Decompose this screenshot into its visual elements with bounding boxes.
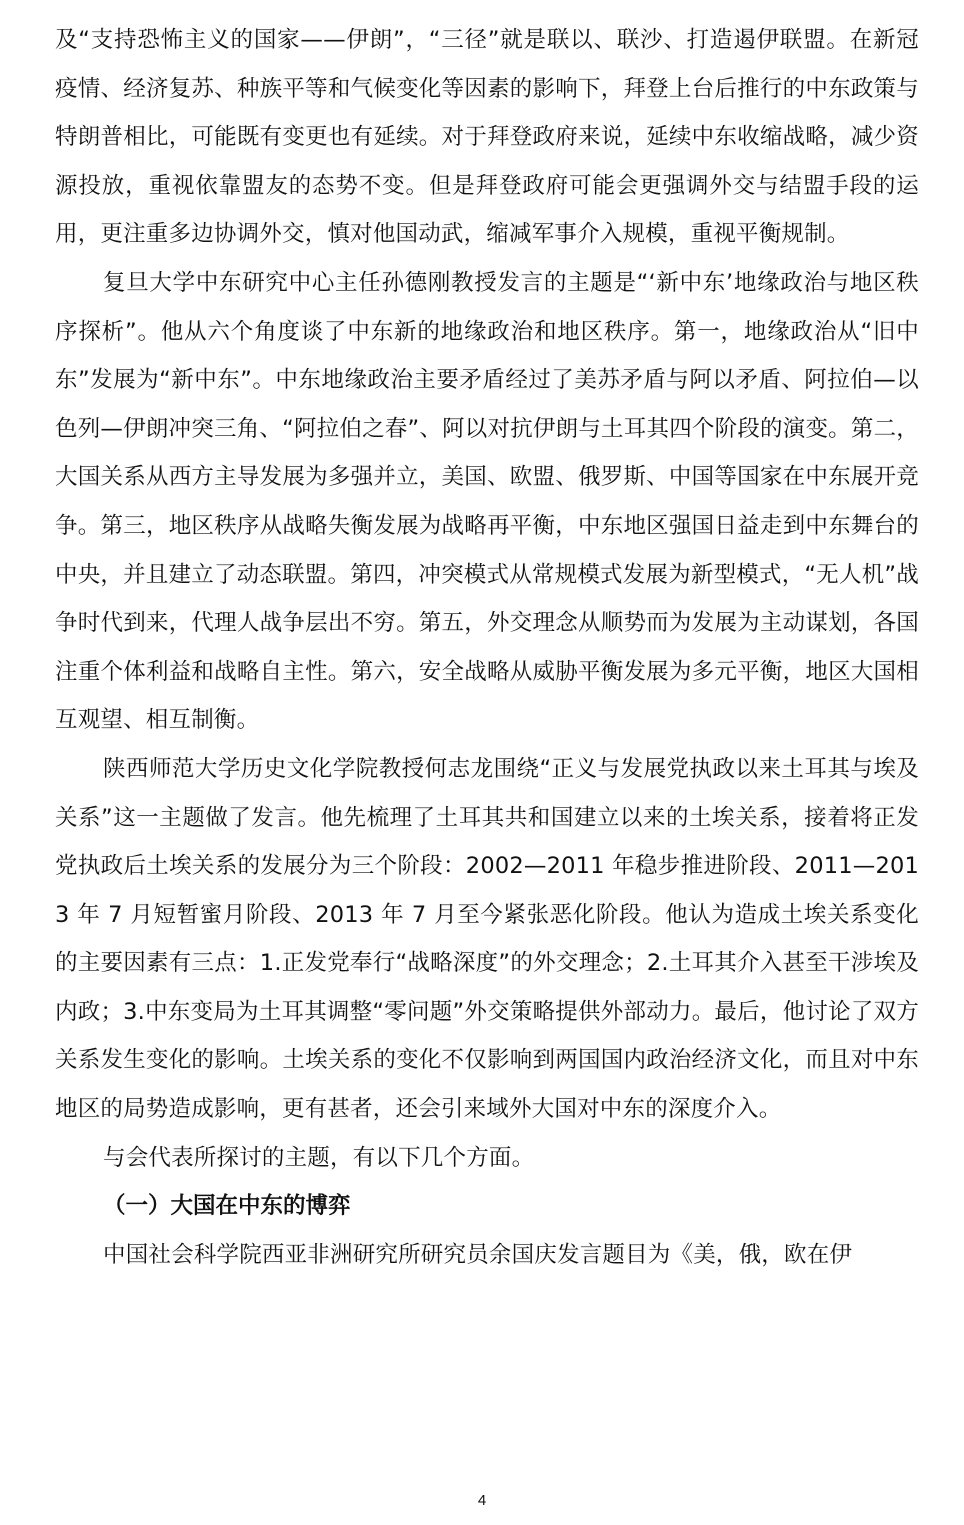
paragraph-new-middle-east-geopolitics: 复旦大学中东研究中心主任孙德刚教授发言的主题是“‘新中东’地缘政治与地区秩序探析… [55, 259, 919, 745]
section-heading: （一）大国在中东的博弈 [55, 1182, 919, 1231]
paragraph-topics-intro: 与会代表所探讨的主题，有以下几个方面。 [55, 1134, 919, 1183]
page-number: 4 [0, 1492, 964, 1509]
document-page: 及“支持恐怖主义的国家——伊朗”，“三径”就是联以、联沙、打造遏伊联盟。在新冠疫… [55, 16, 919, 1279]
paragraph-turkey-egypt-relations: 陕西师范大学历史文化学院教授何志龙围绕“正义与发展党执政以来土耳其与埃及关系”这… [55, 745, 919, 1134]
paragraph-yu-guoqing-talk: 中国社会科学院西亚非洲研究所研究员余国庆发言题目为《美，俄，欧在伊 [55, 1231, 919, 1280]
paragraph-us-middle-east-policy: 及“支持恐怖主义的国家——伊朗”，“三径”就是联以、联沙、打造遏伊联盟。在新冠疫… [55, 16, 919, 259]
